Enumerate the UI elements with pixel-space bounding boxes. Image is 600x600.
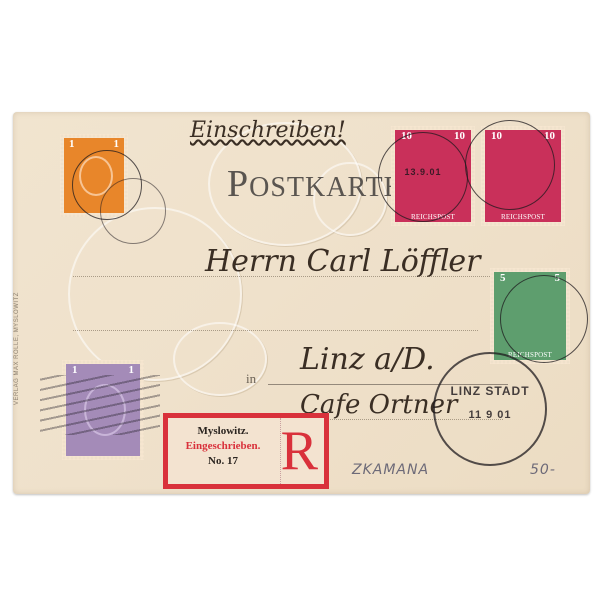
postmark-myslowitz-3 [500,275,588,363]
publisher-imprint: VERLAG MAX ROLLE, MYSLOWITZ [14,292,20,405]
postmark-linz-stadt: LINZ STADT 11 9 01 [433,352,547,466]
in-label: in [246,371,256,387]
registration-label: Myslowitz. Eingeschrieben. No. 17 R [163,413,329,489]
postkarte-heading: POSTKARTE [227,162,402,206]
handwritten-city: Linz a/D. [300,342,435,377]
postmark-myslowitz-1: 13.9.01 [378,132,468,222]
handwritten-einschreiben: Einschreiben! [190,118,346,143]
reg-number: No. 17 [168,454,278,469]
pencil-note-price: 50- [530,462,556,478]
address-line-2 [73,330,478,331]
pencil-note-name: ZKAMANA [352,462,429,478]
reg-type: Eingeschrieben. [168,439,278,454]
reg-office: Myslowitz. [168,424,278,439]
handwritten-recipient: Herrn Carl Löffler [205,244,480,279]
reg-letter: R [281,416,318,486]
postmark-myslowitz-2 [465,120,555,210]
postmark-russia-2 [100,178,166,244]
bar-cancel [40,375,160,435]
